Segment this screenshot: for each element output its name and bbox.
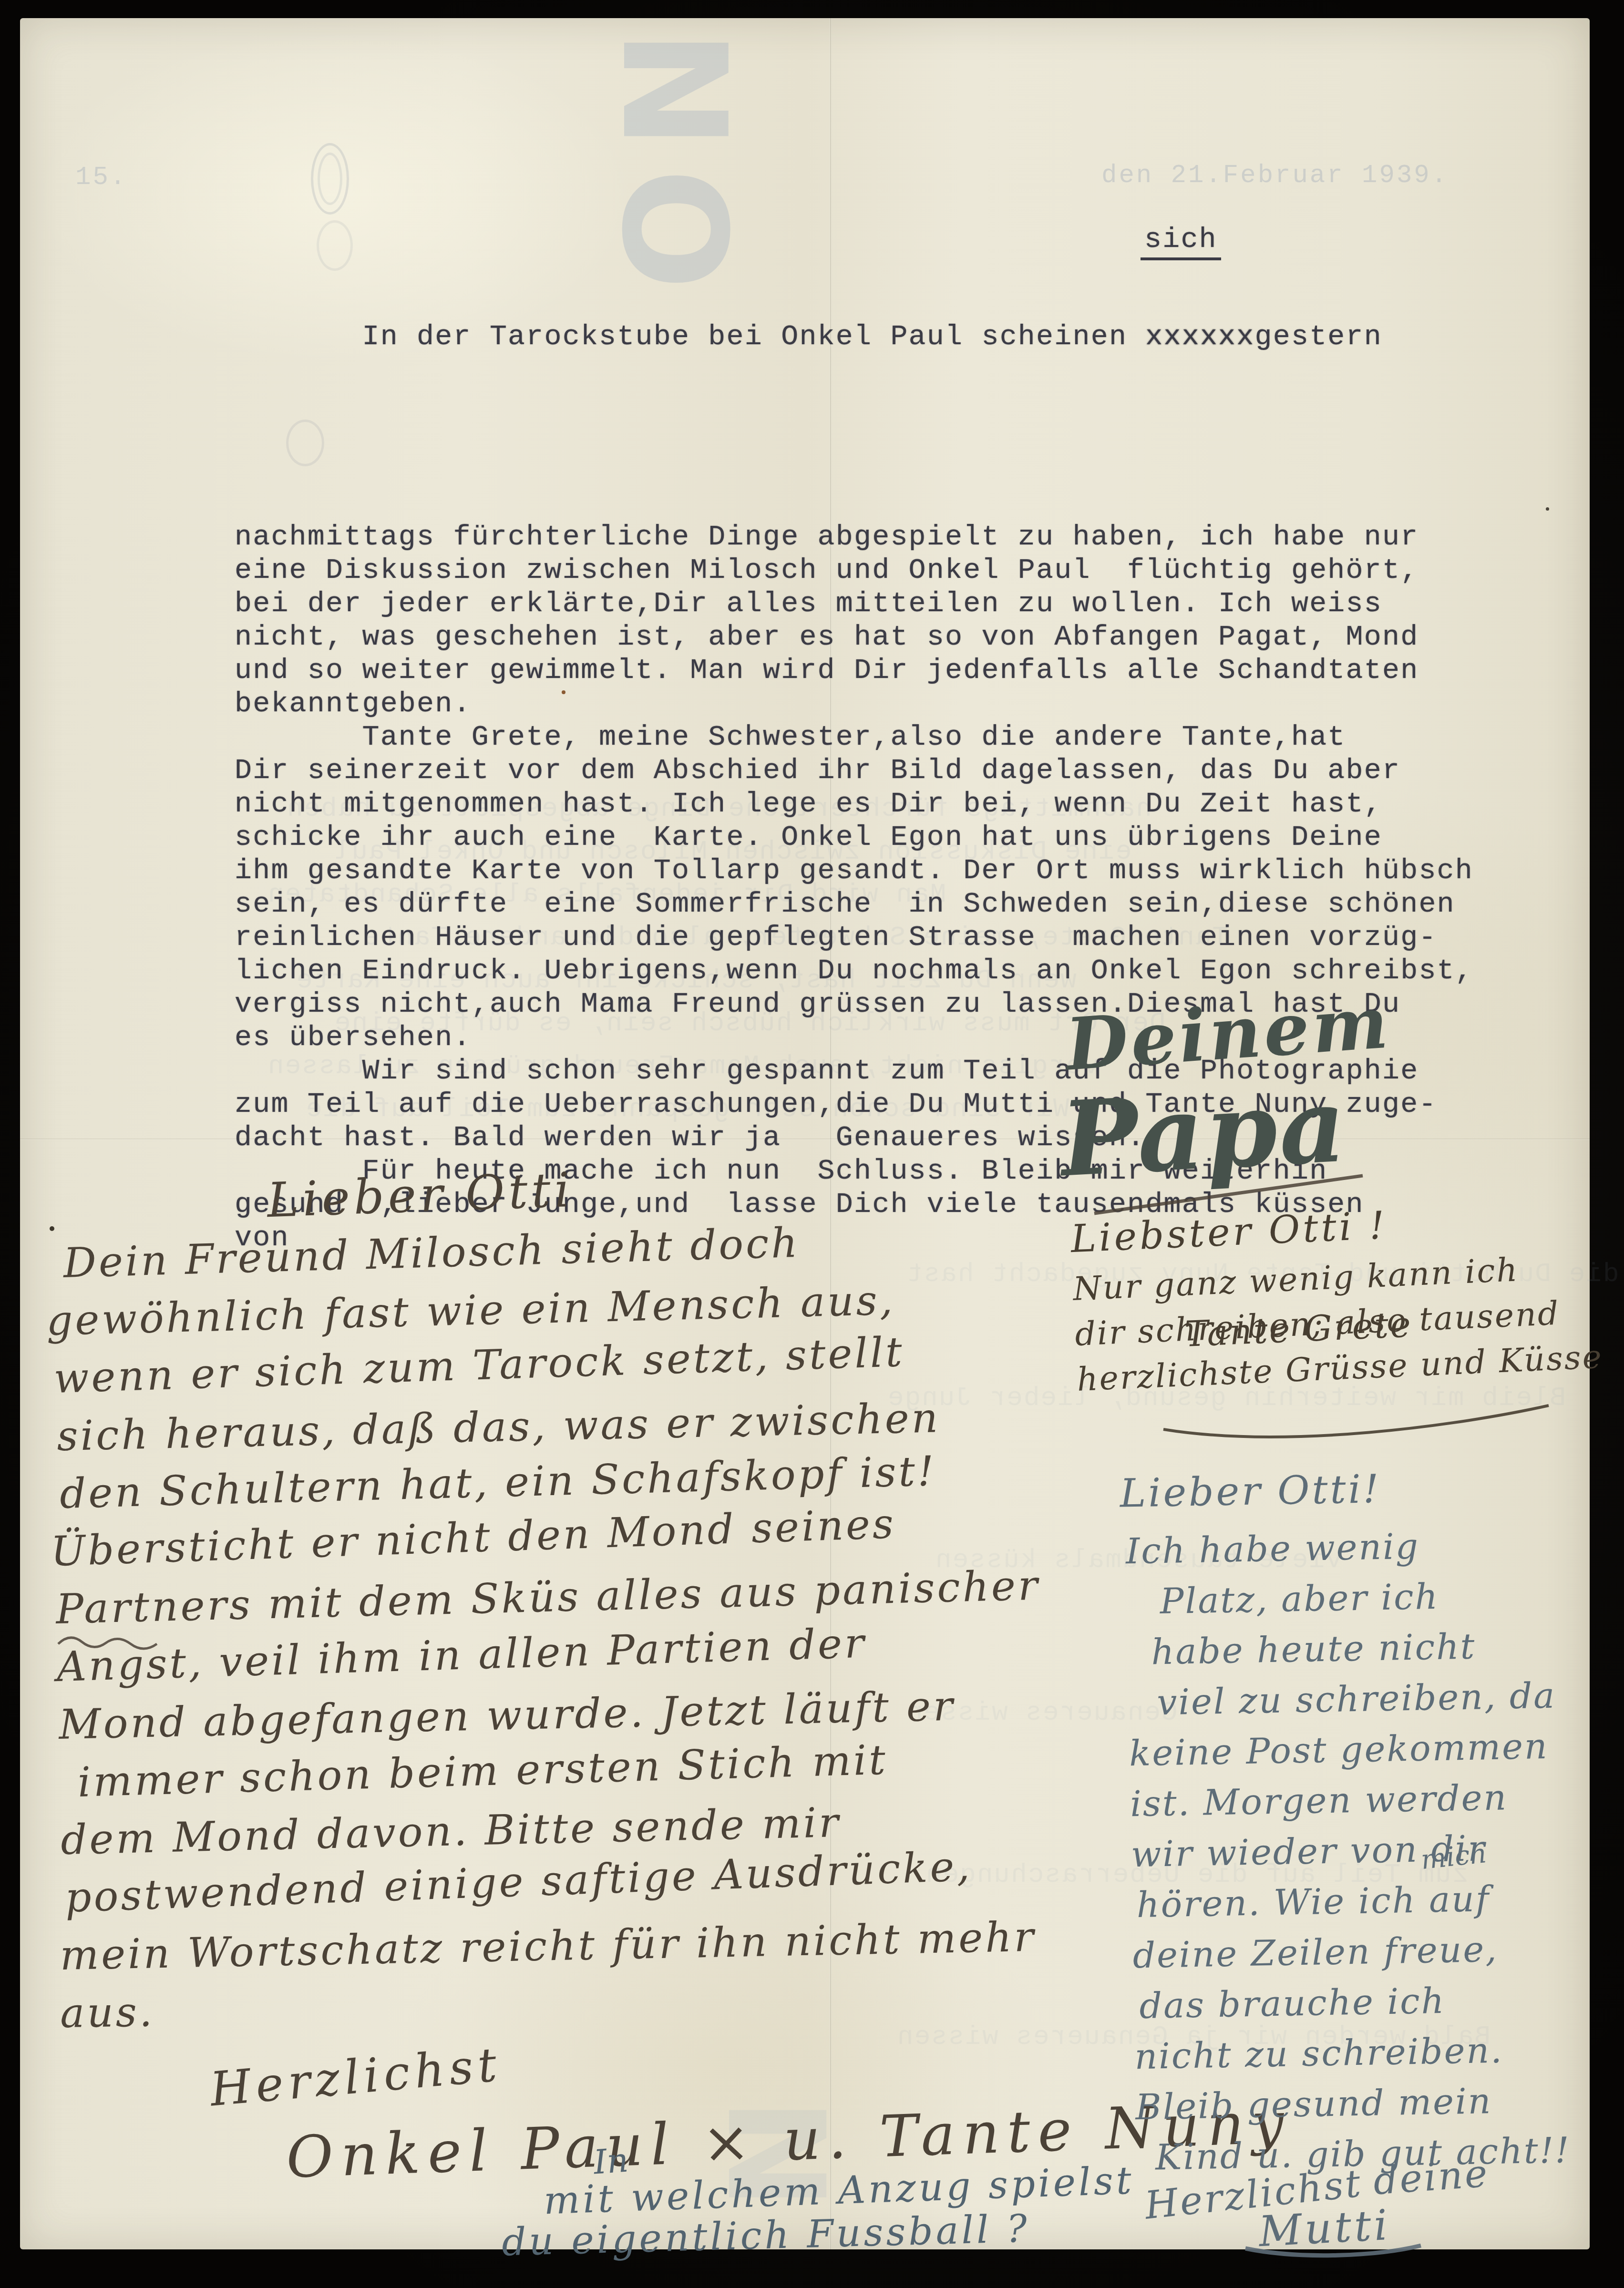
handwritten-line: wir wieder von dir (1131, 1826, 1566, 1885)
typed-line: nicht, was geschehen ist, aber es hat so… (235, 621, 1473, 654)
typed-line: und so weiter gewimmelt. Man wird Dir je… (235, 654, 1473, 687)
handwritten-line: nicht zu schreiben. (1134, 2029, 1570, 2087)
typed-line: lichen Eindruck. Uebrigens,wenn Du nochm… (235, 954, 1473, 988)
typed-inserted-word: sich (1141, 223, 1221, 260)
handwritten-line: hören. Wie ich auf (1136, 1877, 1567, 1935)
paper-speck (1546, 507, 1549, 511)
mutti-note-signature: Mutti (1257, 2200, 1391, 2256)
mutti-note-closing2: deine (1372, 2151, 1490, 2204)
left-note-salutation: Lieber Otti (266, 1162, 574, 1228)
typed-line: ihm gesandte Karte von Tollarp gesandt. … (235, 854, 1473, 888)
paper-speck (50, 1226, 54, 1231)
papa-signature-word2: Papa (1058, 1064, 1350, 1200)
mutti-note-salutation: Lieber Otti! (1120, 1463, 1560, 1521)
typed-line: bei der jeder erklärte,Dir alles mitteil… (235, 587, 1473, 621)
embossed-stamp-inner-ring-icon (318, 153, 342, 205)
handwritten-line: Ich habe wenig (1125, 1523, 1561, 1581)
grete-note: Liebster Otti ! Nur ganz wenig kann ichd… (1070, 1194, 1602, 1364)
handwritten-line: das brauche ich (1139, 1978, 1569, 2036)
scanned-letter-page: nachmittags fürchterliche Dinge abgespie… (0, 0, 1624, 2288)
typed-line: Dir seinerzeit vor dem Abschied ihr Bild… (235, 754, 1473, 788)
handwritten-line: deine Zeilen freue, (1132, 1928, 1568, 1986)
typed-line: sein, es dürfte eine Sommerfrische in Sc… (235, 888, 1473, 921)
mutti-note: Lieber Otti! Ich habe wenigPlatz, aber i… (1091, 1463, 1561, 1582)
left-note-body: Dein Freund Milosch sieht dochgewöhnlich… (50, 1240, 1041, 2047)
handwritten-line: Bleib gesund mein (1135, 2079, 1571, 2137)
handwritten-line: habe heute nicht (1151, 1624, 1562, 1682)
typed-line: nachmittags fürchterliche Dinge abgespie… (235, 521, 1473, 554)
typed-line: bekanntgeben. (235, 687, 1473, 721)
ghost-date-text: den 21.Februar 1939. (1101, 161, 1449, 190)
handwritten-line: Platz, aber ich (1160, 1574, 1562, 1631)
ghost-page-number: 15. (75, 163, 127, 192)
handwritten-line: ist. Morgen werden (1130, 1776, 1565, 1834)
typed-line: reinlichen Häuser und die gepflegten Str… (235, 921, 1473, 954)
typed-line: Tante Grete, meine Schwester,also die an… (235, 721, 1473, 754)
typed-line-first: In der Tarockstube bei Onkel Paul schein… (235, 320, 1473, 354)
typed-line: nicht mitgenommen hast. Ich lege es Dir … (235, 788, 1473, 821)
typed-line: eine Diskussion zwischen Milosch und Onk… (235, 554, 1473, 587)
typed-overstrike: xxxxxx (1145, 321, 1254, 353)
handwritten-line: keine Post gekommen (1129, 1725, 1564, 1784)
typed-line: schicke ihr auch eine Karte. Onkel Egon … (235, 821, 1473, 854)
handwritten-line: viel zu schreiben, da (1157, 1675, 1563, 1733)
